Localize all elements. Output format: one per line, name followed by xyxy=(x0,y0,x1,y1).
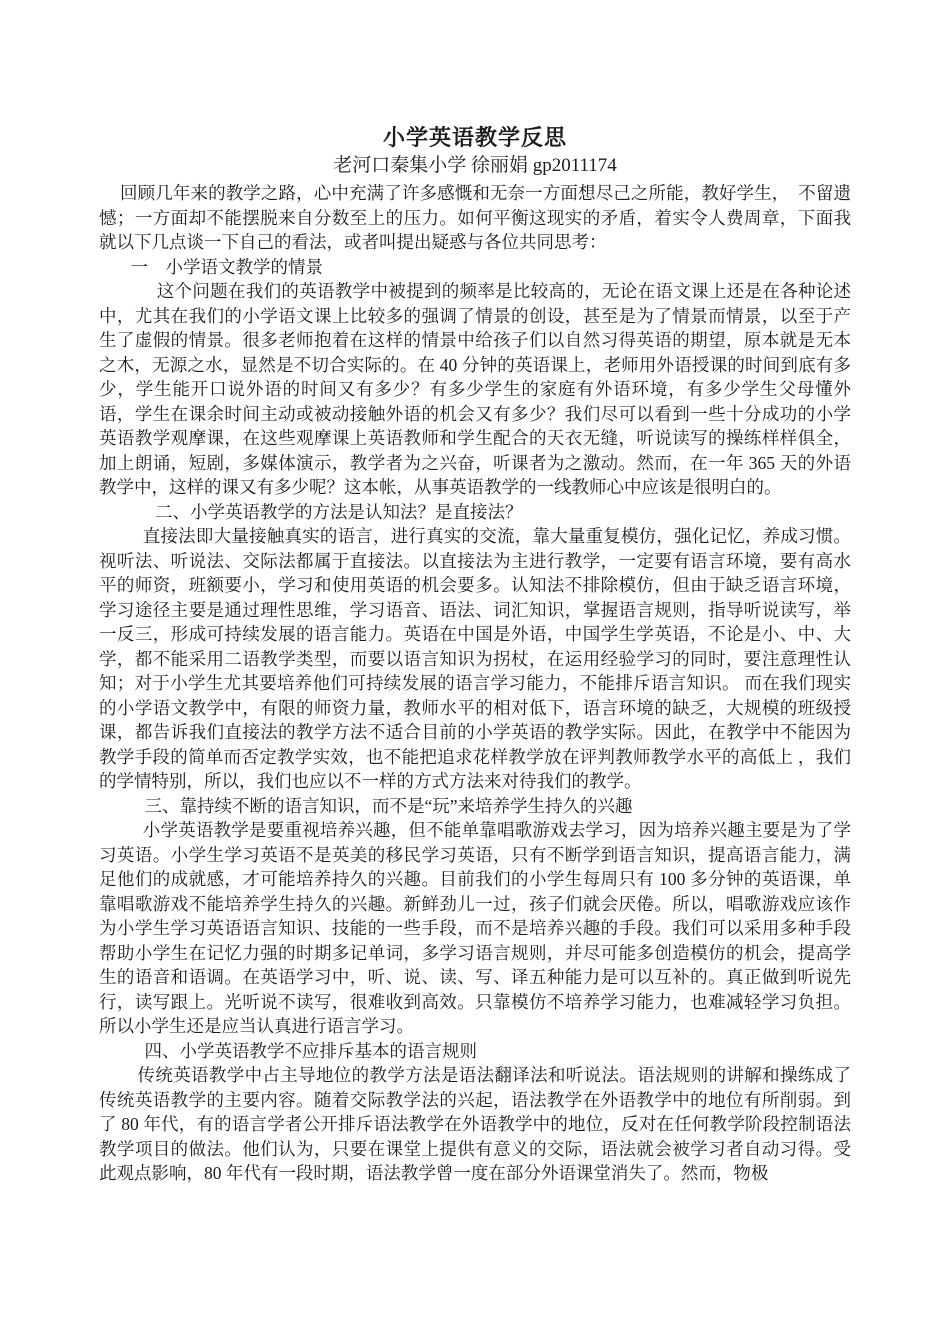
heading-section-4: 四、小学英语教学不应排斥基本的语言规则 xyxy=(99,1039,851,1064)
heading-section-1: 一 小学语文教学的情景 xyxy=(99,255,851,280)
document-body: 回顾几年来的教学之路，心中充满了许多感慨和无奈一方面想尽己之所能，教好学生， 不… xyxy=(99,181,851,1186)
para-section-2: 直接法即大量接触真实的语言，进行真实的交流，靠大量重复模仿，强化记忆，养成习惯。… xyxy=(99,524,851,794)
document-byline: 老河口秦集小学 徐丽娟 gp2011174 xyxy=(99,152,851,179)
document-title: 小学英语教学反思 xyxy=(99,124,851,152)
para-section-4: 传统英语教学中占主导地位的教学方法是语法翻译法和听说法。语法规则的讲解和操练成了… xyxy=(99,1063,851,1186)
para-section-3: 小学英语教学是要重视培养兴趣，但不能单靠唱歌游戏去学习，因为培养兴趣主要是为了学… xyxy=(99,818,851,1039)
heading-section-3: 三、靠持续不断的语言知识，而不是“玩”来培养学生持久的兴趣 xyxy=(99,794,851,819)
heading-section-2: 二、小学英语教学的方法是认知法？是直接法？ xyxy=(99,500,851,525)
intro-paragraph: 回顾几年来的教学之路，心中充满了许多感慨和无奈一方面想尽己之所能，教好学生， 不… xyxy=(99,181,851,255)
para-section-1: 这个问题在我们的英语教学中被提到的频率是比较高的，无论在语文课上还是在各种论述中… xyxy=(99,279,851,500)
document-page: 小学英语教学反思 老河口秦集小学 徐丽娟 gp2011174 回顾几年来的教学之… xyxy=(0,0,950,1344)
